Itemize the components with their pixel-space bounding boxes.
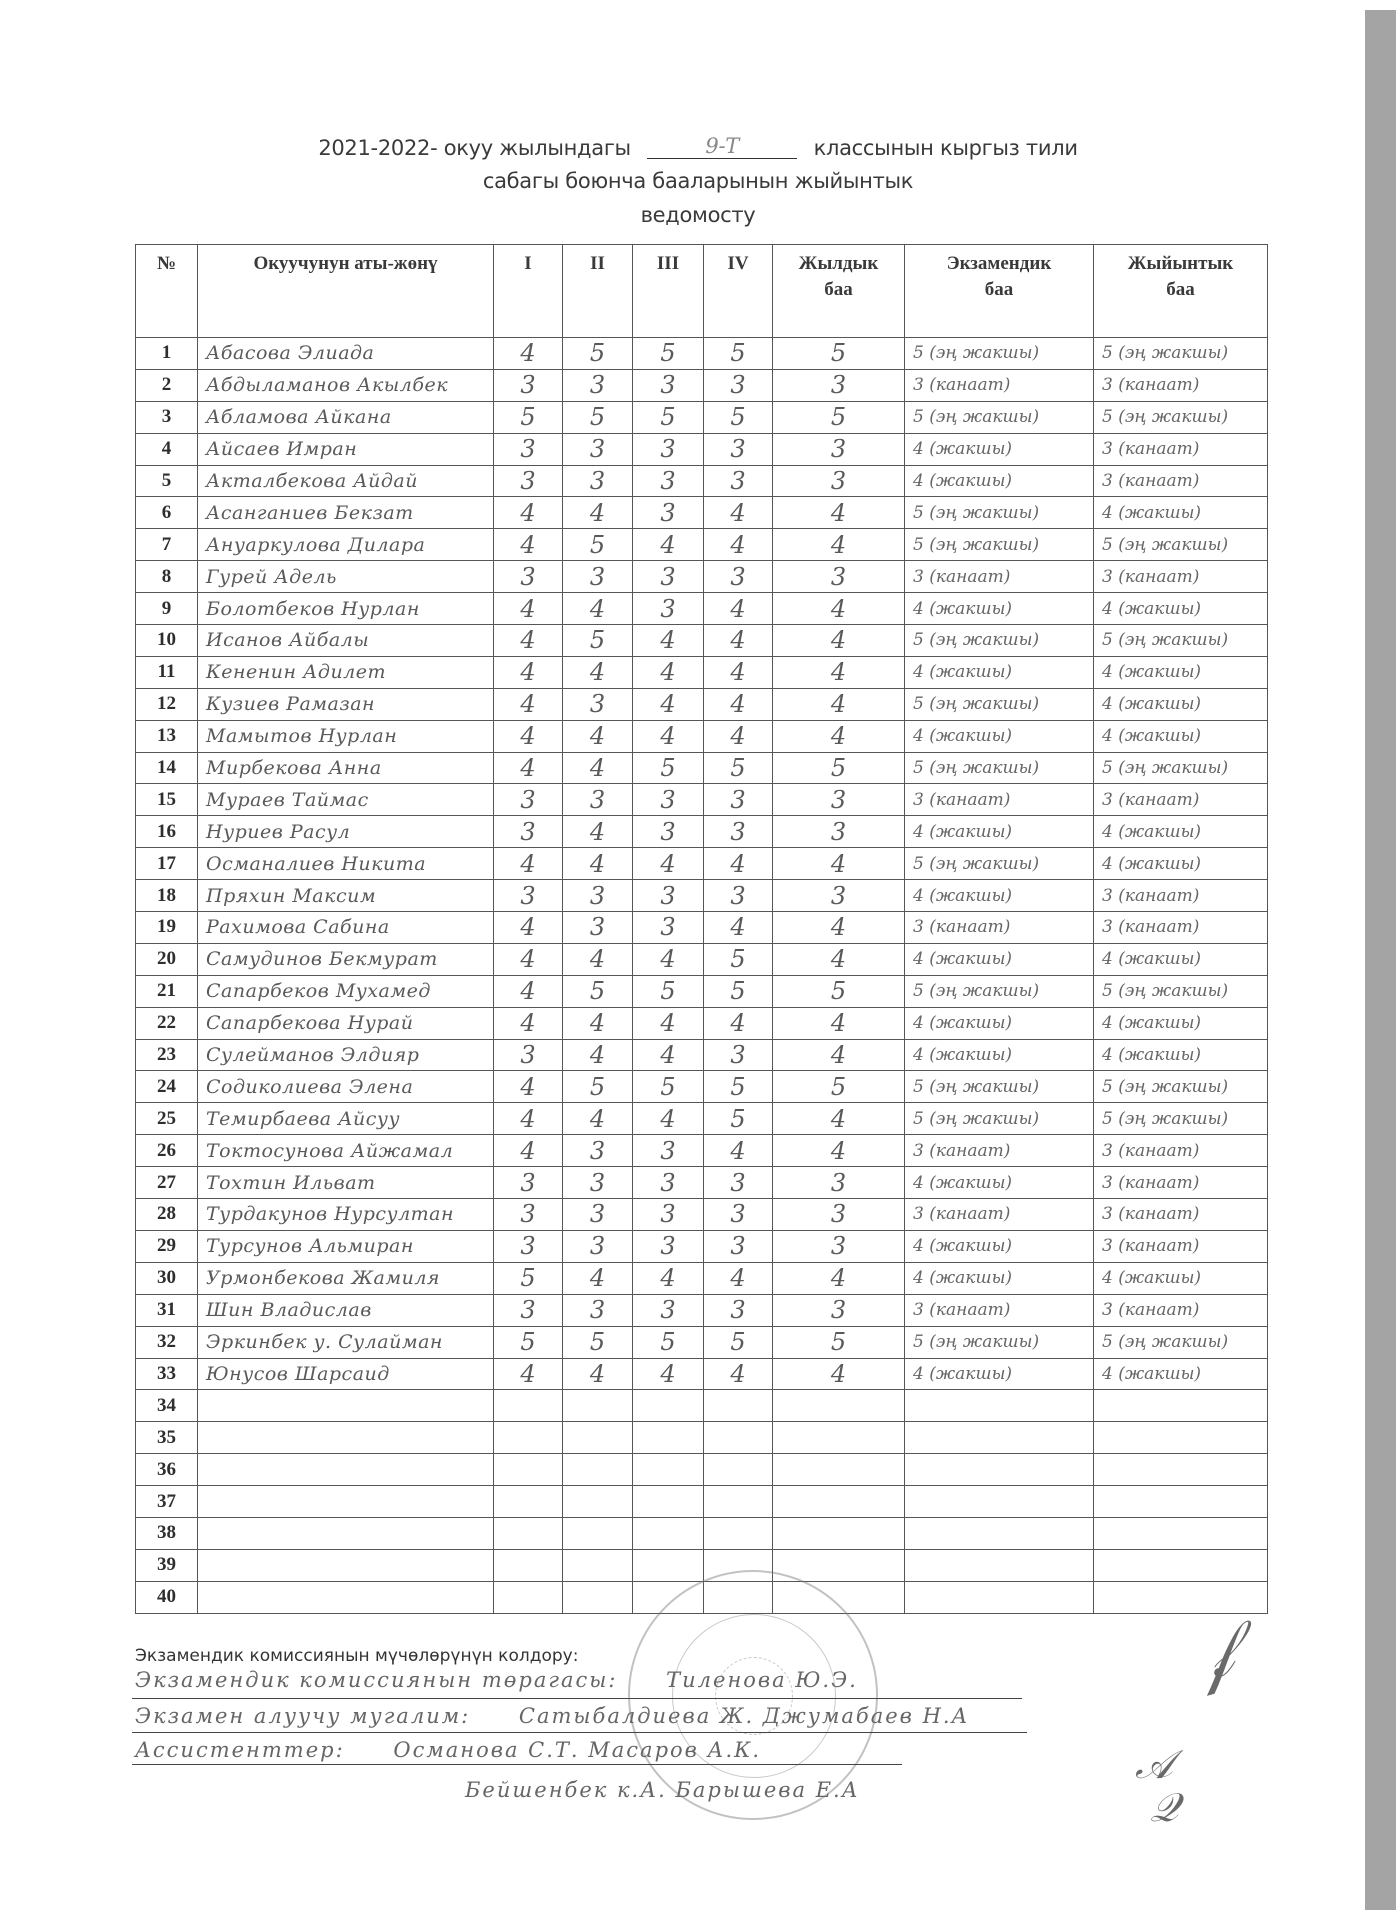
grade-q2 (563, 1422, 633, 1454)
grade-q2: 4 (563, 720, 633, 752)
grade-q3: 5 (633, 1326, 704, 1358)
grade-final: 5 (эң жакшы) (1094, 1071, 1268, 1103)
signature-assistants-2: Бейшенбек к.А. Барышева Е.А (465, 1778, 860, 1802)
grade-annual: 4 (773, 943, 905, 975)
row-number: 36 (136, 1454, 198, 1486)
grade-final: 4 (жакшы) (1094, 1007, 1268, 1039)
row-number: 22 (136, 1007, 198, 1039)
grade-q1: 3 (494, 1039, 563, 1071)
grade-annual: 4 (773, 1103, 905, 1135)
grade-final (1094, 1517, 1268, 1549)
grade-exam (905, 1517, 1094, 1549)
table-row: 25Темирбаева Айсуу444545 (эң жакшы)5 (эң… (136, 1103, 1268, 1135)
student-name: Юнусов Шарсаид (198, 1358, 494, 1390)
grade-q2: 3 (563, 1167, 633, 1199)
grade-q3: 4 (633, 688, 704, 720)
grade-final: 5 (эң жакшы) (1094, 338, 1268, 370)
grade-q1 (494, 1517, 563, 1549)
header-q4: IV (704, 245, 773, 338)
student-name: Абасова Элиада (198, 338, 494, 370)
grade-exam (905, 1422, 1094, 1454)
handwritten-signature-mark: 𝒻 (1190, 1609, 1242, 1697)
row-number: 17 (136, 848, 198, 880)
student-name: Нуриев Расул (198, 816, 494, 848)
header-annual: Жылдык баа (773, 245, 905, 338)
grade-q1: 3 (494, 369, 563, 401)
grade-q2 (563, 1517, 633, 1549)
document-title-line2: сабагы боюнча бааларынын жыйынтык (0, 169, 1396, 193)
grade-exam (905, 1486, 1094, 1518)
grade-q1: 3 (494, 465, 563, 497)
grade-q2: 4 (563, 1358, 633, 1390)
grade-final (1094, 1581, 1268, 1613)
grade-q4: 5 (704, 752, 773, 784)
table-row: 23Сулейманов Элдияр344344 (жакшы)4 (жакш… (136, 1039, 1268, 1071)
table-row: 13Мамытов Нурлан444444 (жакшы)4 (жакшы) (136, 720, 1268, 752)
table-row: 16Нуриев Расул343334 (жакшы)4 (жакшы) (136, 816, 1268, 848)
row-number: 1 (136, 338, 198, 370)
table-row: 10Исанов Айбалы454445 (эң жакшы)5 (эң жа… (136, 625, 1268, 657)
grade-q4 (704, 1422, 773, 1454)
student-name (198, 1549, 494, 1581)
signature-role: Ассистенттер: (135, 1738, 345, 1762)
grade-q1: 4 (494, 720, 563, 752)
table-row: 29Турсунов Альмиран333334 (жакшы)3 (кана… (136, 1230, 1268, 1262)
grade-annual (773, 1486, 905, 1518)
grade-q2: 5 (563, 1326, 633, 1358)
grade-q1 (494, 1486, 563, 1518)
grade-q1: 4 (494, 752, 563, 784)
grade-annual: 5 (773, 338, 905, 370)
signature-chair: Экзамендик комиссиянын төрагасы: Тиленов… (135, 1668, 858, 1692)
title-prefix: 2021-2022- окуу жылындагы (318, 136, 631, 160)
grade-annual (773, 1390, 905, 1422)
grade-q3 (633, 1390, 704, 1422)
row-number: 28 (136, 1199, 198, 1231)
grade-q2 (563, 1549, 633, 1581)
grade-exam: 4 (жакшы) (905, 1167, 1094, 1199)
grade-q1: 4 (494, 912, 563, 944)
grade-q1: 4 (494, 688, 563, 720)
handwritten-signature-mark: 𝒜 (1135, 1742, 1173, 1788)
student-name: Турсунов Альмиран (198, 1230, 494, 1262)
grade-final: 4 (жакшы) (1094, 720, 1268, 752)
grade-q4: 4 (704, 720, 773, 752)
student-name: Турдакунов Нурсултан (198, 1199, 494, 1231)
student-name: Кененин Адилет (198, 656, 494, 688)
grade-q1: 3 (494, 1230, 563, 1262)
grade-annual: 3 (773, 1199, 905, 1231)
grade-q4: 5 (704, 338, 773, 370)
student-name: Гурей Адель (198, 561, 494, 593)
table-row: 38 (136, 1517, 1268, 1549)
grade-final: 5 (эң жакшы) (1094, 1103, 1268, 1135)
grade-exam (905, 1454, 1094, 1486)
grade-exam: 5 (эң жакшы) (905, 1103, 1094, 1135)
grade-exam: 4 (жакшы) (905, 1007, 1094, 1039)
row-number: 6 (136, 497, 198, 529)
grade-final: 5 (эң жакшы) (1094, 625, 1268, 657)
grade-q3: 4 (633, 1103, 704, 1135)
grade-q1: 3 (494, 1199, 563, 1231)
grade-final (1094, 1549, 1268, 1581)
grade-annual: 4 (773, 1358, 905, 1390)
grade-q4: 3 (704, 1230, 773, 1262)
grade-exam: 5 (эң жакшы) (905, 752, 1094, 784)
student-name: Абдыламанов Акылбек (198, 369, 494, 401)
grade-q4: 4 (704, 1262, 773, 1294)
grade-final: 3 (канаат) (1094, 880, 1268, 912)
grade-final: 3 (канаат) (1094, 369, 1268, 401)
grade-final: 5 (эң жакшы) (1094, 752, 1268, 784)
grade-exam: 3 (канаат) (905, 1135, 1094, 1167)
grade-annual: 4 (773, 1039, 905, 1071)
grade-q3: 3 (633, 465, 704, 497)
grade-q2: 5 (563, 1071, 633, 1103)
grade-final: 4 (жакшы) (1094, 1039, 1268, 1071)
grade-q2: 3 (563, 1294, 633, 1326)
grade-q1: 4 (494, 1071, 563, 1103)
grade-annual: 3 (773, 561, 905, 593)
grade-final: 3 (канаат) (1094, 1230, 1268, 1262)
table-row: 7Ануаркулова Дилара454445 (эң жакшы)5 (э… (136, 529, 1268, 561)
grade-q4 (704, 1517, 773, 1549)
grade-exam: 4 (жакшы) (905, 656, 1094, 688)
grade-q1 (494, 1581, 563, 1613)
table-row: 2Абдыламанов Акылбек333333 (канаат)3 (ка… (136, 369, 1268, 401)
grade-q4: 5 (704, 1071, 773, 1103)
grade-q4: 3 (704, 433, 773, 465)
grade-q4: 5 (704, 975, 773, 1007)
grade-q2: 3 (563, 369, 633, 401)
grade-final: 4 (жакшы) (1094, 1262, 1268, 1294)
grade-q2: 5 (563, 529, 633, 561)
grade-q3: 3 (633, 497, 704, 529)
grade-q3: 4 (633, 1007, 704, 1039)
table-row: 32Эркинбек у. Сулайман555555 (эң жакшы)5… (136, 1326, 1268, 1358)
grade-q2: 3 (563, 880, 633, 912)
grade-exam: 3 (канаат) (905, 1199, 1094, 1231)
table-row: 3Абламова Айкана555555 (эң жакшы)5 (эң ж… (136, 401, 1268, 433)
table-row: 37 (136, 1486, 1268, 1518)
document-title-line3: ведомосту (0, 203, 1396, 227)
grade-q1: 4 (494, 943, 563, 975)
grade-final (1094, 1486, 1268, 1518)
grade-annual: 4 (773, 656, 905, 688)
signature-line (132, 1698, 1022, 1699)
grade-q3: 4 (633, 656, 704, 688)
table-header-row: № Окуучунун аты-жөнү I II III IV Жылдык … (136, 245, 1268, 338)
table-row: 31Шин Владислав333333 (канаат)3 (канаат) (136, 1294, 1268, 1326)
grade-exam: 3 (канаат) (905, 369, 1094, 401)
student-name: Акталбекова Айдай (198, 465, 494, 497)
row-number: 31 (136, 1294, 198, 1326)
table-row: 14Мирбекова Анна445555 (эң жакшы)5 (эң ж… (136, 752, 1268, 784)
grade-q2: 3 (563, 1230, 633, 1262)
grade-q4: 3 (704, 1039, 773, 1071)
handwritten-signature-mark: 𝒬 (1150, 1785, 1179, 1831)
signature-names: Сатыбалдиева Ж. Джумабаев Н.А (519, 1704, 970, 1728)
row-number: 37 (136, 1486, 198, 1518)
signature-examiner: Экзамен алуучу мугалим: Сатыбалдиева Ж. … (135, 1704, 969, 1728)
grade-q4: 4 (704, 1007, 773, 1039)
grade-q3: 5 (633, 752, 704, 784)
grade-q4: 5 (704, 943, 773, 975)
row-number: 40 (136, 1581, 198, 1613)
student-name: Исанов Айбалы (198, 625, 494, 657)
grade-exam: 5 (эң жакшы) (905, 338, 1094, 370)
row-number: 18 (136, 880, 198, 912)
header-q2: II (563, 245, 633, 338)
row-number: 25 (136, 1103, 198, 1135)
grade-q3: 3 (633, 433, 704, 465)
grade-q2: 4 (563, 656, 633, 688)
grade-q1: 4 (494, 338, 563, 370)
grade-q3 (633, 1454, 704, 1486)
student-name: Мамытов Нурлан (198, 720, 494, 752)
grade-annual: 4 (773, 1262, 905, 1294)
student-name: Айсаев Имран (198, 433, 494, 465)
grade-annual: 4 (773, 848, 905, 880)
grade-q4: 3 (704, 465, 773, 497)
grade-annual: 4 (773, 1135, 905, 1167)
grade-q1: 3 (494, 784, 563, 816)
grade-q3: 3 (633, 784, 704, 816)
grade-q3: 4 (633, 848, 704, 880)
grade-q4: 4 (704, 912, 773, 944)
row-number: 38 (136, 1517, 198, 1549)
grade-q3: 3 (633, 561, 704, 593)
table-row: 39 (136, 1549, 1268, 1581)
grade-q2: 3 (563, 433, 633, 465)
row-number: 8 (136, 561, 198, 593)
grade-exam: 4 (жакшы) (905, 593, 1094, 625)
grade-q4: 3 (704, 1167, 773, 1199)
student-name: Мирбекова Анна (198, 752, 494, 784)
grade-annual: 3 (773, 816, 905, 848)
grade-annual: 4 (773, 688, 905, 720)
table-row: 36 (136, 1454, 1268, 1486)
grade-q2 (563, 1390, 633, 1422)
grade-q1: 4 (494, 497, 563, 529)
grade-q4 (704, 1454, 773, 1486)
grade-q2: 3 (563, 1199, 633, 1231)
grade-q2: 4 (563, 848, 633, 880)
grade-final: 4 (жакшы) (1094, 943, 1268, 975)
student-name: Тохтин Ильват (198, 1167, 494, 1199)
grade-exam: 4 (жакшы) (905, 1358, 1094, 1390)
grade-final: 3 (канаат) (1094, 561, 1268, 593)
row-number: 16 (136, 816, 198, 848)
grade-q1: 3 (494, 1167, 563, 1199)
grade-exam: 4 (жакшы) (905, 816, 1094, 848)
signature-names: Бейшенбек к.А. Барышева Е.А (465, 1778, 860, 1802)
grade-q1: 4 (494, 1358, 563, 1390)
student-name: Мураев Таймас (198, 784, 494, 816)
grade-final: 4 (жакшы) (1094, 1358, 1268, 1390)
grade-q4: 4 (704, 688, 773, 720)
grade-annual (773, 1517, 905, 1549)
scanner-edge-strip (1365, 10, 1396, 1910)
grade-q3: 3 (633, 1230, 704, 1262)
table-row: 28Турдакунов Нурсултан333333 (канаат)3 (… (136, 1199, 1268, 1231)
table-row: 33Юнусов Шарсаид444444 (жакшы)4 (жакшы) (136, 1358, 1268, 1390)
grade-q4: 3 (704, 784, 773, 816)
grade-exam: 5 (эң жакшы) (905, 625, 1094, 657)
grade-q2: 3 (563, 1135, 633, 1167)
table-row: 30Урмонбекова Жамиля544444 (жакшы)4 (жак… (136, 1262, 1268, 1294)
table-row: 5Акталбекова Айдай333334 (жакшы)3 (канаа… (136, 465, 1268, 497)
grade-final: 3 (канаат) (1094, 433, 1268, 465)
row-number: 32 (136, 1326, 198, 1358)
grade-q2: 3 (563, 465, 633, 497)
grade-q4: 3 (704, 880, 773, 912)
grade-final: 4 (жакшы) (1094, 816, 1268, 848)
grade-q3: 3 (633, 816, 704, 848)
header-q1: I (494, 245, 563, 338)
student-name: Ануаркулова Дилара (198, 529, 494, 561)
grade-q1: 3 (494, 561, 563, 593)
grade-q2: 5 (563, 338, 633, 370)
grade-q4 (704, 1486, 773, 1518)
row-number: 26 (136, 1135, 198, 1167)
grade-final: 3 (канаат) (1094, 1199, 1268, 1231)
row-number: 30 (136, 1262, 198, 1294)
grade-annual: 3 (773, 433, 905, 465)
grade-final: 5 (эң жакшы) (1094, 1326, 1268, 1358)
grade-q3: 4 (633, 1262, 704, 1294)
grade-q1 (494, 1454, 563, 1486)
row-number: 9 (136, 593, 198, 625)
commission-signatures-label: Экзамендик комиссиянын мүчөлөрүнүн колдо… (135, 1646, 578, 1666)
row-number: 23 (136, 1039, 198, 1071)
row-number: 2 (136, 369, 198, 401)
grade-exam: 3 (канаат) (905, 1294, 1094, 1326)
table-row: 15Мураев Таймас333333 (канаат)3 (канаат) (136, 784, 1268, 816)
row-number: 34 (136, 1390, 198, 1422)
student-name (198, 1517, 494, 1549)
grade-final (1094, 1454, 1268, 1486)
grade-q1: 3 (494, 816, 563, 848)
grade-q4 (704, 1390, 773, 1422)
grade-q1: 4 (494, 593, 563, 625)
grade-q1: 3 (494, 880, 563, 912)
grade-q2: 3 (563, 912, 633, 944)
title-suffix: классынын кыргыз тили (814, 136, 1078, 160)
grade-q4: 4 (704, 1358, 773, 1390)
grade-q1: 4 (494, 975, 563, 1007)
grade-q1: 4 (494, 529, 563, 561)
student-name: Содиколиева Элена (198, 1071, 494, 1103)
table-row: 19Рахимова Сабина433443 (канаат)3 (канаа… (136, 912, 1268, 944)
grade-exam: 3 (канаат) (905, 561, 1094, 593)
row-number: 10 (136, 625, 198, 657)
grade-annual: 3 (773, 1167, 905, 1199)
signature-line (132, 1764, 902, 1765)
signature-names: Османова С.Т. Масаров А.К. (393, 1738, 761, 1762)
grade-exam (905, 1581, 1094, 1613)
grade-exam: 4 (жакшы) (905, 1039, 1094, 1071)
grade-q3: 4 (633, 1358, 704, 1390)
grade-exam: 4 (жакшы) (905, 880, 1094, 912)
student-name: Кузиев Рамазан (198, 688, 494, 720)
grade-q1: 4 (494, 625, 563, 657)
grade-q3 (633, 1422, 704, 1454)
grade-final: 5 (эң жакшы) (1094, 975, 1268, 1007)
student-name (198, 1390, 494, 1422)
student-name: Эркинбек у. Сулайман (198, 1326, 494, 1358)
grade-exam: 3 (канаат) (905, 912, 1094, 944)
grade-exam (905, 1549, 1094, 1581)
grade-annual: 5 (773, 1326, 905, 1358)
grade-final: 5 (эң жакшы) (1094, 401, 1268, 433)
grade-q3 (633, 1549, 704, 1581)
grade-exam: 4 (жакшы) (905, 433, 1094, 465)
grade-q2: 4 (563, 593, 633, 625)
row-number: 15 (136, 784, 198, 816)
grade-annual: 4 (773, 593, 905, 625)
grade-q3: 4 (633, 625, 704, 657)
row-number: 29 (136, 1230, 198, 1262)
grade-q2: 4 (563, 943, 633, 975)
table-row: 18Пряхин Максим333334 (жакшы)3 (канаат) (136, 880, 1268, 912)
table-row: 35 (136, 1422, 1268, 1454)
grade-q2 (563, 1581, 633, 1613)
grade-exam: 5 (эң жакшы) (905, 497, 1094, 529)
grade-exam: 5 (эң жакшы) (905, 1071, 1094, 1103)
grade-q3: 3 (633, 1294, 704, 1326)
grade-exam: 5 (эң жакшы) (905, 688, 1094, 720)
grade-annual: 3 (773, 369, 905, 401)
grade-q4: 4 (704, 497, 773, 529)
grade-q1: 3 (494, 433, 563, 465)
grade-annual: 4 (773, 529, 905, 561)
grade-q1: 4 (494, 848, 563, 880)
table-row: 4Айсаев Имран333334 (жакшы)3 (канаат) (136, 433, 1268, 465)
row-number: 21 (136, 975, 198, 1007)
grade-q2: 5 (563, 401, 633, 433)
grade-q3 (633, 1486, 704, 1518)
grade-q3: 3 (633, 593, 704, 625)
grade-q4: 3 (704, 369, 773, 401)
grade-q2: 3 (563, 688, 633, 720)
table-row: 11Кененин Адилет444444 (жакшы)4 (жакшы) (136, 656, 1268, 688)
grade-q4: 4 (704, 1135, 773, 1167)
student-name (198, 1486, 494, 1518)
row-number: 33 (136, 1358, 198, 1390)
grade-q2: 3 (563, 784, 633, 816)
grade-q1: 5 (494, 1326, 563, 1358)
table-row: 8Гурей Адель333333 (канаат)3 (канаат) (136, 561, 1268, 593)
grade-annual: 3 (773, 1230, 905, 1262)
student-name: Асанганиев Бекзат (198, 497, 494, 529)
grade-annual: 4 (773, 625, 905, 657)
grades-table: № Окуучунун аты-жөнү I II III IV Жылдык … (135, 244, 1268, 1614)
signature-assistants: Ассистенттер: Османова С.Т. Масаров А.К. (135, 1738, 761, 1762)
grade-final: 4 (жакшы) (1094, 688, 1268, 720)
row-number: 39 (136, 1549, 198, 1581)
grade-exam: 5 (эң жакшы) (905, 848, 1094, 880)
student-name (198, 1581, 494, 1613)
grade-annual: 5 (773, 752, 905, 784)
grade-q3: 5 (633, 1071, 704, 1103)
student-name: Османалиев Никита (198, 848, 494, 880)
grade-exam: 5 (эң жакшы) (905, 975, 1094, 1007)
grade-exam: 4 (жакшы) (905, 465, 1094, 497)
grade-q1: 4 (494, 1007, 563, 1039)
grade-q3: 5 (633, 338, 704, 370)
grade-q1: 3 (494, 1294, 563, 1326)
